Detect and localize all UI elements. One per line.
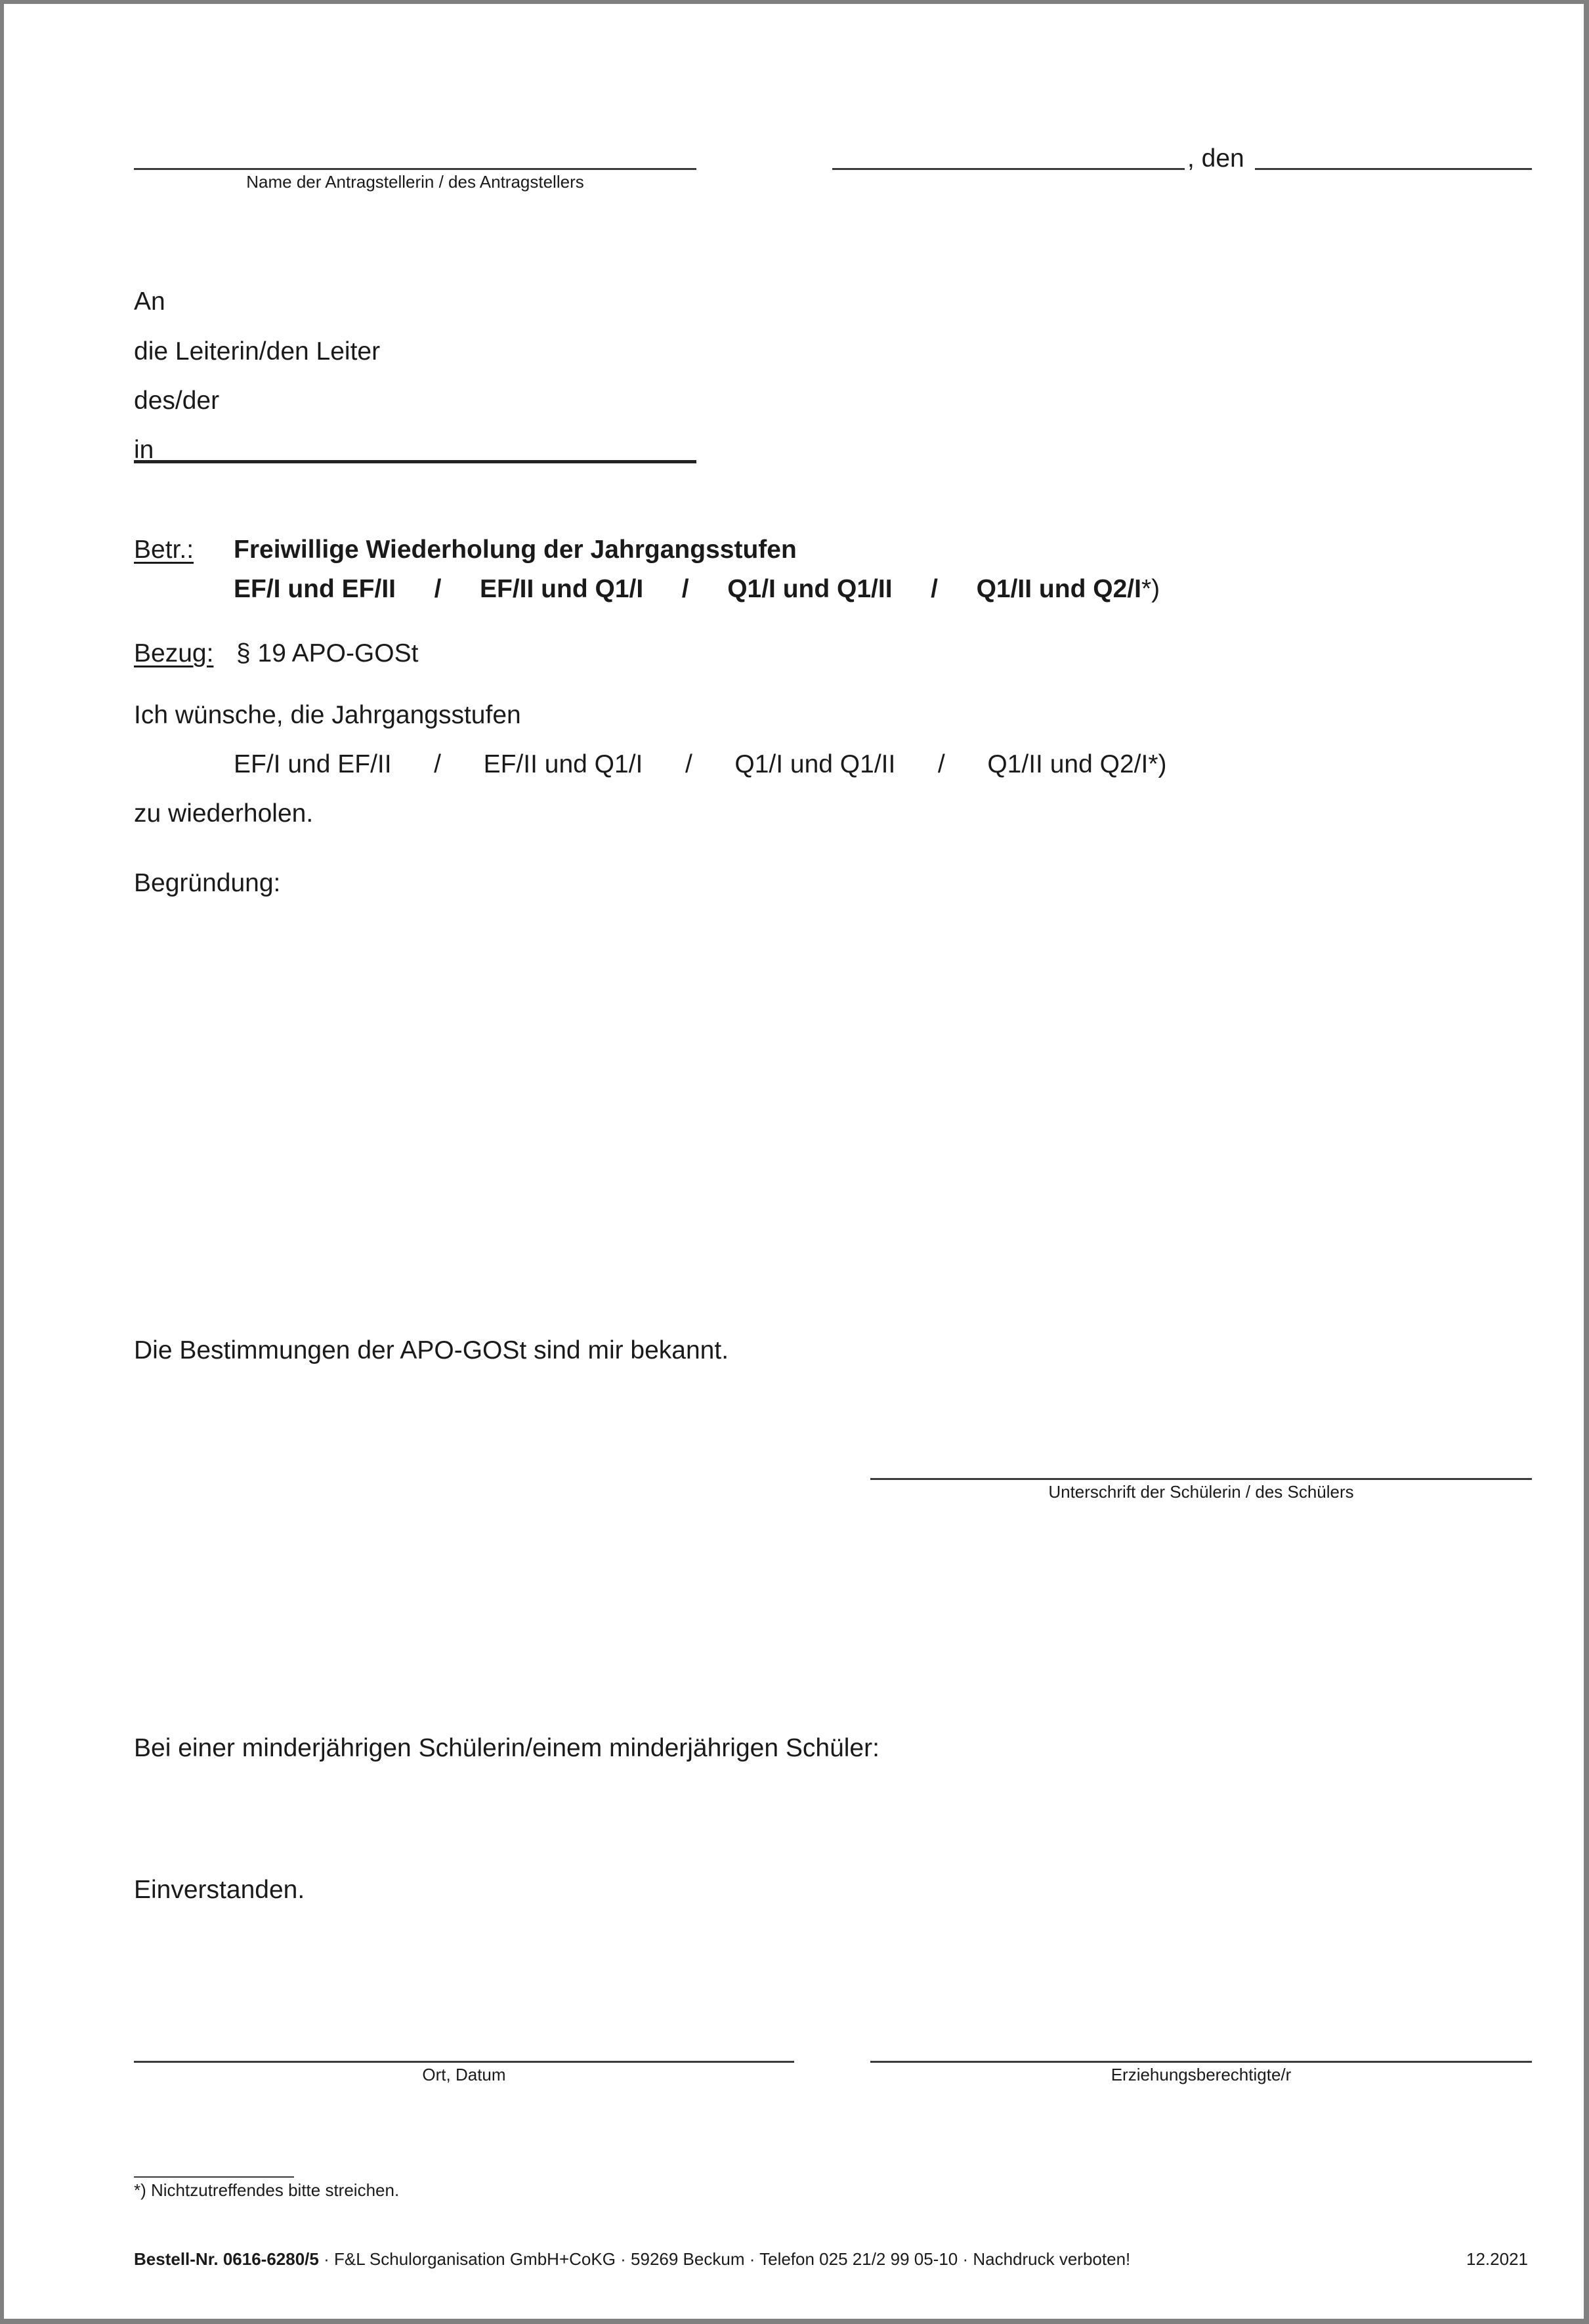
place-date-caption: Ort, Datum	[134, 2065, 794, 2085]
reason-text-area[interactable]	[134, 910, 1532, 1303]
subject-option-4[interactable]: Q1/II und Q2/I	[977, 575, 1141, 604]
guardian-signature-field[interactable]	[870, 2061, 1532, 2063]
request-separator: /	[895, 750, 987, 779]
minor-section-heading: Bei einer minderjährigen Schülerin/einem…	[134, 1734, 879, 1763]
consent-text: Einverstanden.	[134, 1876, 305, 1905]
student-signature-caption: Unterschrift der Schülerin / des Schüler…	[870, 1482, 1532, 1502]
place-field[interactable]	[832, 168, 1185, 170]
subject-option-3[interactable]: Q1/I und Q1/II	[727, 575, 892, 604]
footnote-mark: *)	[1148, 750, 1166, 779]
student-signature-field[interactable]	[870, 1478, 1532, 1480]
reason-label: Begründung:	[134, 869, 280, 898]
date-field[interactable]	[1255, 168, 1532, 170]
edition-date: 12.2021	[1466, 2249, 1528, 2270]
reference-label: Bezug:	[134, 639, 213, 668]
acknowledgement-text: Die Bestimmungen der APO-GOSt sind mir b…	[134, 1336, 729, 1365]
request-separator: /	[392, 750, 484, 779]
request-intro: Ich wünsche, die Jahrgangsstufen	[134, 701, 521, 730]
applicant-name-caption: Name der Antragstellerin / des Antragste…	[134, 172, 696, 192]
subject-title: Freiwillige Wiederholung der Jahrgangsst…	[234, 536, 797, 564]
request-options: EF/I und EF/II / EF/II und Q1/I / Q1/I u…	[234, 750, 1166, 779]
publisher-info: · F&L Schulorganisation GmbH+CoKG · 5926…	[319, 2249, 1130, 2269]
footnote-text: *) Nichtzutreffendes bitte streichen.	[134, 2180, 399, 2201]
request-option-4[interactable]: Q1/II und Q2/I	[987, 750, 1148, 779]
request-option-2[interactable]: EF/II und Q1/I	[484, 750, 643, 779]
subject-label: Betr.:	[134, 536, 194, 564]
form-page: Name der Antragstellerin / des Antragste…	[4, 4, 1584, 2319]
address-line-an: An	[134, 287, 165, 316]
footer-info: Bestell-Nr. 0616-6280/5 · F&L Schulorgan…	[134, 2249, 1130, 2270]
guardian-caption: Erziehungsberechtigte/r	[870, 2065, 1532, 2085]
subject-options: EF/I und EF/II / EF/II und Q1/I / Q1/I u…	[234, 575, 1160, 604]
request-outro: zu wiederholen.	[134, 799, 313, 828]
subject-separator: /	[893, 575, 977, 604]
applicant-name-field[interactable]	[134, 168, 696, 170]
subject-option-1[interactable]: EF/I und EF/II	[234, 575, 396, 604]
address-line-recipient: die Leiterin/den Leiter	[134, 337, 380, 366]
request-option-1[interactable]: EF/I und EF/II	[234, 750, 392, 779]
subject-separator: /	[396, 575, 480, 604]
place-date-signature-field[interactable]	[134, 2061, 794, 2063]
address-line-school: des/der	[134, 387, 219, 415]
subject-separator: /	[643, 575, 727, 604]
request-separator: /	[643, 750, 734, 779]
footnote-divider	[134, 2176, 294, 2178]
subject-option-2[interactable]: EF/II und Q1/I	[480, 575, 643, 604]
footnote-mark: *)	[1141, 575, 1160, 604]
reference-value: § 19 APO-GOSt	[236, 639, 418, 668]
order-number: Bestell-Nr. 0616-6280/5	[134, 2249, 319, 2269]
request-option-3[interactable]: Q1/I und Q1/II	[734, 750, 895, 779]
school-location-field[interactable]	[134, 460, 696, 463]
place-date-separator: , den	[1187, 144, 1244, 173]
